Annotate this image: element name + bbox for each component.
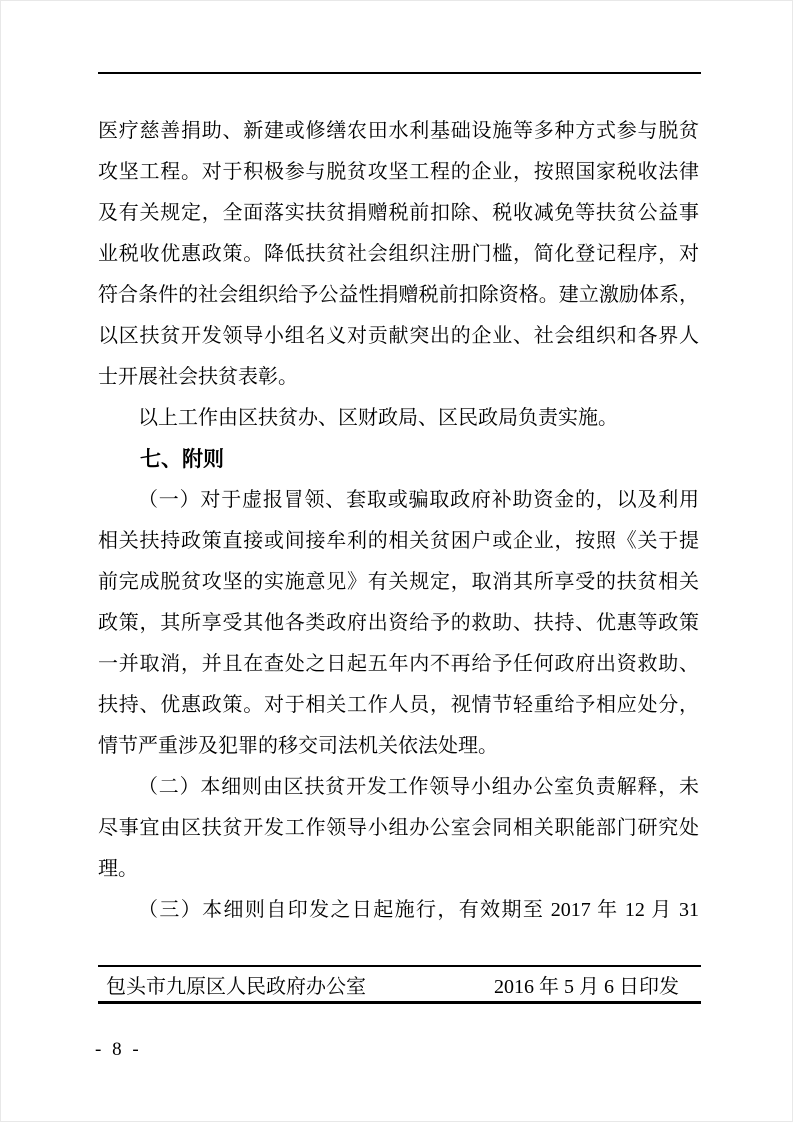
page-number: - 8 - [95, 1039, 142, 1061]
body-line: 业税收优惠政策。降低扶贫社会组织注册门槛，简化登记程序，对 [98, 234, 699, 275]
body-line: （三）本细则自印发之日起施行，有效期至 2017 年 12 月 31 日。 [98, 890, 699, 931]
footer-rule-top [98, 965, 701, 967]
body-line: 士开展社会扶贫表彰。 [98, 357, 699, 398]
footer-print-date: 2016 年 5 月 6 日印发 [494, 970, 679, 999]
body-line: 理。 [98, 849, 699, 890]
document-page: 医疗慈善捐助、新建或修缮农田水利基础设施等多种方式参与脱贫 攻坚工程。对于积极参… [0, 0, 793, 1122]
body-line: 以区扶贫开发领导小组名义对贡献突出的企业、社会组织和各界人 [98, 316, 699, 357]
body-line: 政策，其所享受其他各类政府出资给予的救助、扶持、优惠等政策 [98, 603, 699, 644]
section-heading: 七、附则 [98, 439, 699, 480]
body-line: 情节严重涉及犯罪的移交司法机关依法处理。 [98, 726, 699, 767]
body-line: 攻坚工程。对于积极参与脱贫攻坚工程的企业，按照国家税收法律 [98, 152, 699, 193]
body-line: 以上工作由区扶贫办、区财政局、区民政局负责实施。 [98, 398, 699, 439]
document-footer: 包头市九原区人民政府办公室 2016 年 5 月 6 日印发 [98, 970, 701, 998]
body-line: （一）对于虚报冒领、套取或骗取政府补助资金的，以及利用 [98, 480, 699, 521]
footer-issuing-office: 包头市九原区人民政府办公室 [106, 970, 366, 999]
body-line: 前完成脱贫攻坚的实施意见》有关规定，取消其所享受的扶贫相关 [98, 562, 699, 603]
body-line: 尽事宜由区扶贫开发工作领导小组办公室会同相关职能部门研究处 [98, 808, 699, 849]
document-body: 医疗慈善捐助、新建或修缮农田水利基础设施等多种方式参与脱贫 攻坚工程。对于积极参… [98, 111, 699, 931]
body-line: 扶持、优惠政策。对于相关工作人员，视情节轻重给予相应处分， [98, 685, 699, 726]
body-line: （二）本细则由区扶贫开发工作领导小组办公室负责解释，未 [98, 767, 699, 808]
body-line: 及有关规定，全面落实扶贫捐赠税前扣除、税收减免等扶贫公益事 [98, 193, 699, 234]
footer-rule-bottom [98, 1001, 701, 1004]
header-rule [98, 72, 701, 74]
body-line: 一并取消，并且在查处之日起五年内不再给予任何政府出资救助、 [98, 644, 699, 685]
body-line: 医疗慈善捐助、新建或修缮农田水利基础设施等多种方式参与脱贫 [98, 111, 699, 152]
body-line: 符合条件的社会组织给予公益性捐赠税前扣除资格。建立激励体系， [98, 275, 699, 316]
body-line: 相关扶持政策直接或间接牟利的相关贫困户或企业，按照《关于提 [98, 521, 699, 562]
